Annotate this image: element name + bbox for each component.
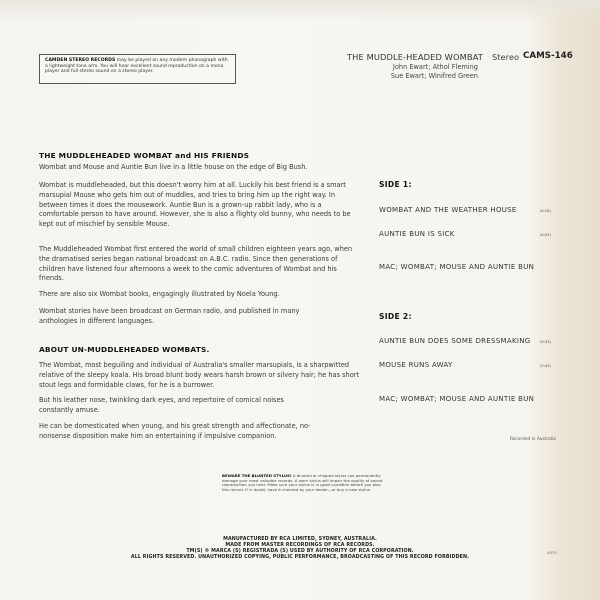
- recorded-in-australia: Recorded in Australia: [510, 437, 556, 442]
- liner-paragraph: There are also six Wombat books, engagin…: [39, 290, 359, 300]
- track-time: (5:44): [540, 364, 551, 368]
- track-title: MAC; WOMBAT; MOUSE AND AUNTIE BUN: [379, 395, 534, 403]
- section-heading-about: ABOUT UN-MUDDLEHEADED WOMBATS.: [39, 345, 209, 354]
- print-code: A570: [547, 550, 557, 555]
- section-heading-friends: THE MUDDLEHEADED WOMBAT and HIS FRIENDS: [39, 151, 249, 160]
- side-2-heading: SIDE 2:: [379, 312, 412, 321]
- track-time: (6:03): [540, 233, 551, 237]
- liner-paragraph: The Muddleheaded Wombat first entered th…: [39, 245, 357, 284]
- credit-line: Sue Ewart; Winifred Green: [347, 72, 478, 80]
- sleeve-worn-edge: [0, 0, 600, 22]
- camden-notice-box: CAMDEN STEREO RECORDS may be played on a…: [39, 54, 236, 84]
- track-title: AUNTIE BUN IS SICK: [379, 230, 455, 238]
- track-title: MAC; WOMBAT; MOUSE AND AUNTIE BUN: [379, 263, 534, 271]
- liner-paragraph: The Wombat, most beguiling and individua…: [39, 361, 361, 390]
- credit-line: John Ewart; Athol Fleming: [347, 63, 478, 71]
- format-label: Stereo: [492, 52, 519, 62]
- track-title: MOUSE RUNS AWAY: [379, 361, 453, 369]
- liner-paragraph: But his leather nose, twinkling dark eye…: [39, 396, 299, 416]
- legal-line: ALL RIGHTS RESERVED. UNAUTHORIZED COPYIN…: [110, 555, 490, 561]
- liner-paragraph: Wombat and Mouse and Auntie Bun live in …: [39, 163, 359, 173]
- track-title: WOMBAT AND THE WEATHER HOUSE: [379, 206, 517, 214]
- track-title: AUNTIE BUN DOES SOME DRESSMAKING: [379, 337, 530, 345]
- track-time: (6:18): [540, 209, 551, 213]
- track-time: (6:33): [540, 340, 551, 344]
- record-sleeve-back: [0, 0, 600, 600]
- liner-paragraph: He can be domesticated when young, and h…: [39, 422, 329, 442]
- album-title: THE MUDDLE-HEADED WOMBAT: [347, 52, 483, 62]
- side-1-heading: SIDE 1:: [379, 180, 412, 189]
- liner-paragraph: Wombat is muddleheaded, but this doesn't…: [39, 181, 361, 230]
- liner-paragraph: Wombat stories have been broadcast on Ge…: [39, 307, 334, 327]
- stylus-warning: BEWARE THE BLUNTED STYLUS! A blunted or …: [222, 474, 386, 492]
- notice-brand: CAMDEN STEREO RECORDS: [45, 58, 115, 63]
- catalog-number: CAMS-146: [523, 51, 573, 61]
